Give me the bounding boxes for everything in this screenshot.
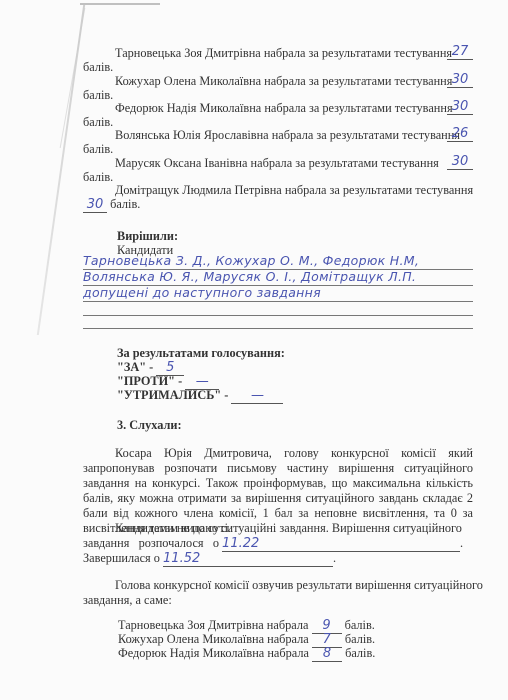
testing-score: 30 bbox=[447, 72, 473, 88]
scan-edge bbox=[60, 8, 86, 148]
unit-label: балів. bbox=[345, 646, 375, 660]
testing-result-row: Тарновецька Зоя Дмитрівна набрала за рез… bbox=[115, 46, 452, 60]
task-result-row: Федорюк Надія Миколаївна набрала 8 балів… bbox=[118, 646, 375, 662]
decision-heading: Вирішили: bbox=[117, 229, 178, 243]
vote-abstained-label: "УТРИМАЛИСЬ" - bbox=[117, 388, 228, 402]
decision-line bbox=[83, 313, 473, 329]
paragraph3-line2: завдання, а саме: bbox=[83, 593, 172, 607]
result-text: набрала за результатами тестування bbox=[251, 156, 439, 170]
start-time-row: завдання розпочалося о 11.22. bbox=[83, 536, 463, 552]
candidate-name: Марусяк Оксана Іванівна bbox=[115, 156, 247, 170]
candidate-name: Федорюк Надія Миколаївна набрала bbox=[118, 646, 309, 660]
result-text: набрала за результатами тестування bbox=[264, 74, 452, 88]
candidate-name: Домітращук Людмила Петрівна bbox=[115, 183, 282, 197]
decision-line: Волянська Ю. Я., Марусяк О. І., Домітращ… bbox=[83, 270, 473, 286]
testing-result-row: Волянська Юлія Ярославівна набрала за ре… bbox=[115, 128, 460, 142]
result-text: набрала за результатами тестування bbox=[264, 101, 452, 115]
unit-label: балів. bbox=[345, 618, 375, 632]
unit-label: балів. bbox=[83, 170, 113, 184]
unit-label: балів. bbox=[83, 115, 113, 129]
task-score: 8 bbox=[312, 647, 342, 662]
scan-edge bbox=[80, 3, 160, 5]
testing-score: 27 bbox=[447, 44, 473, 60]
voting-heading: За результатами голосування: bbox=[117, 346, 285, 360]
start-time-value: 11.22 bbox=[222, 537, 460, 552]
testing-result-row: Кожухар Олена Миколаївна набрала за резу… bbox=[115, 74, 452, 88]
vote-for-label: "ЗА" - bbox=[117, 360, 153, 374]
unit-label: балів. bbox=[83, 60, 113, 74]
document-page: Тарновецька Зоя Дмитрівна набрала за рез… bbox=[0, 0, 508, 700]
unit-label: балів. bbox=[83, 88, 113, 102]
testing-score: 26 bbox=[447, 126, 473, 142]
testing-result-row-cont: 30 балів. bbox=[83, 197, 140, 213]
start-time-label: завдання розпочалося о bbox=[83, 536, 219, 550]
end-time-row: Завершилася о 11.52. bbox=[83, 551, 336, 567]
scan-edge bbox=[37, 5, 85, 335]
candidate-name: Тарновецька Зоя Дмитрівна набрала bbox=[118, 618, 308, 632]
section3-heading: 3. Слухали: bbox=[117, 418, 182, 432]
paragraph2-line1: Кандидатам видано ситуаційні завдання. В… bbox=[115, 521, 462, 535]
candidate-name: Кожухар Олена Миколаївна набрала bbox=[118, 632, 309, 646]
testing-result-row: Федорюк Надія Миколаївна набрала за резу… bbox=[115, 101, 453, 115]
paragraph3-line1: Голова конкурсної комісії озвучив резуль… bbox=[115, 578, 483, 592]
vote-against-label: "ПРОТИ" - bbox=[117, 374, 182, 388]
decision-line: Тарновецька З. Д., Кожухар О. М., Федорю… bbox=[83, 254, 473, 270]
vote-abstained-row: "УТРИМАЛИСЬ" - — bbox=[117, 388, 283, 404]
testing-result-row: Марусяк Оксана Іванівна набрала за резул… bbox=[115, 156, 439, 170]
end-time-value: 11.52 bbox=[163, 552, 333, 567]
unit-label: балів. bbox=[83, 142, 113, 156]
testing-score: 30 bbox=[447, 154, 473, 170]
result-text: набрала за результатами тестування bbox=[272, 128, 460, 142]
result-text: набрала за результатами тестування bbox=[285, 183, 473, 197]
candidate-name: Волянська Юлія Ярославівна bbox=[115, 128, 269, 142]
unit-label: балів. bbox=[345, 632, 375, 646]
candidate-name: Тарновецька Зоя Дмитрівна bbox=[115, 46, 261, 60]
candidate-name: Федорюк Надія Миколаївна bbox=[115, 101, 261, 115]
result-text: набрала за результатами тестування bbox=[264, 46, 452, 60]
unit-label: балів. bbox=[110, 197, 140, 211]
testing-score: 30 bbox=[83, 198, 107, 213]
vote-abstained-value: — bbox=[231, 389, 283, 404]
end-time-label: Завершилася о bbox=[83, 551, 160, 565]
testing-score: 30 bbox=[447, 99, 473, 115]
testing-result-row: Домітращук Людмила Петрівна набрала за р… bbox=[115, 183, 473, 197]
candidate-name: Кожухар Олена Миколаївна bbox=[115, 74, 261, 88]
